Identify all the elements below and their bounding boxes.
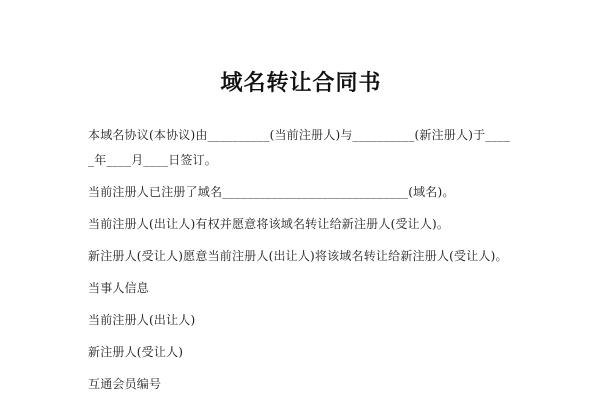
member-id-label: 互通会员编号 [88,372,514,397]
current-registrant-label: 当前注册人(出让人) [88,308,514,333]
registered-domain-line: 当前注册人已注册了域名_____________________________… [88,180,514,205]
new-registrant-label: 新注册人(受让人) [88,340,514,365]
intro-parties-date-paragraph: 本域名协议(本协议)由__________(当前注册人)与__________(… [88,123,514,173]
transferor-clause: 当前注册人(出让人)有权并愿意将该域名转让给新注册人(受让人)。 [88,212,514,237]
contract-title: 域名转让合同书 [88,70,514,96]
parties-info-heading: 当事人信息 [88,276,514,301]
transferee-clause: 新注册人(受让人)愿意当前注册人(出让人)将该域名转让给新注册人(受让人)。 [88,244,514,269]
contract-page: 域名转让合同书 本域名协议(本协议)由__________(当前注册人)与___… [0,0,600,400]
